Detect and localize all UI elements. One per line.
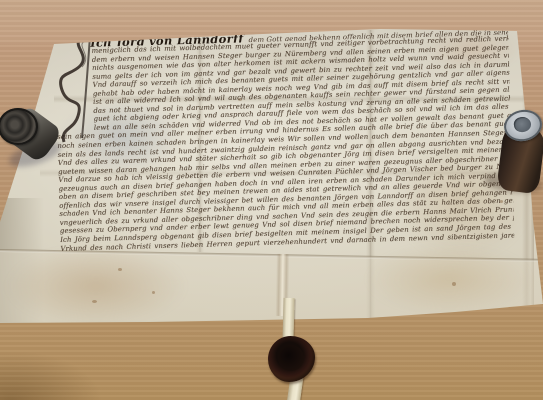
manuscript-text: Ich Jörg von Lanndorff dem Gott genad be… xyxy=(54,20,514,253)
parchment-sheet: Ich Jörg von Lanndorff dem Gott genad be… xyxy=(0,0,543,400)
photo-of-charter: Ich Jörg von Lanndorff dem Gott genad be… xyxy=(0,0,543,400)
left-metal-weight xyxy=(0,102,62,170)
right-metal-weight xyxy=(492,106,543,200)
manuscript-body-lines: menigclich das ich mit wolbedachtem muet… xyxy=(54,35,514,254)
faint-pencil-marks xyxy=(336,4,416,38)
wax-seal xyxy=(268,336,315,382)
